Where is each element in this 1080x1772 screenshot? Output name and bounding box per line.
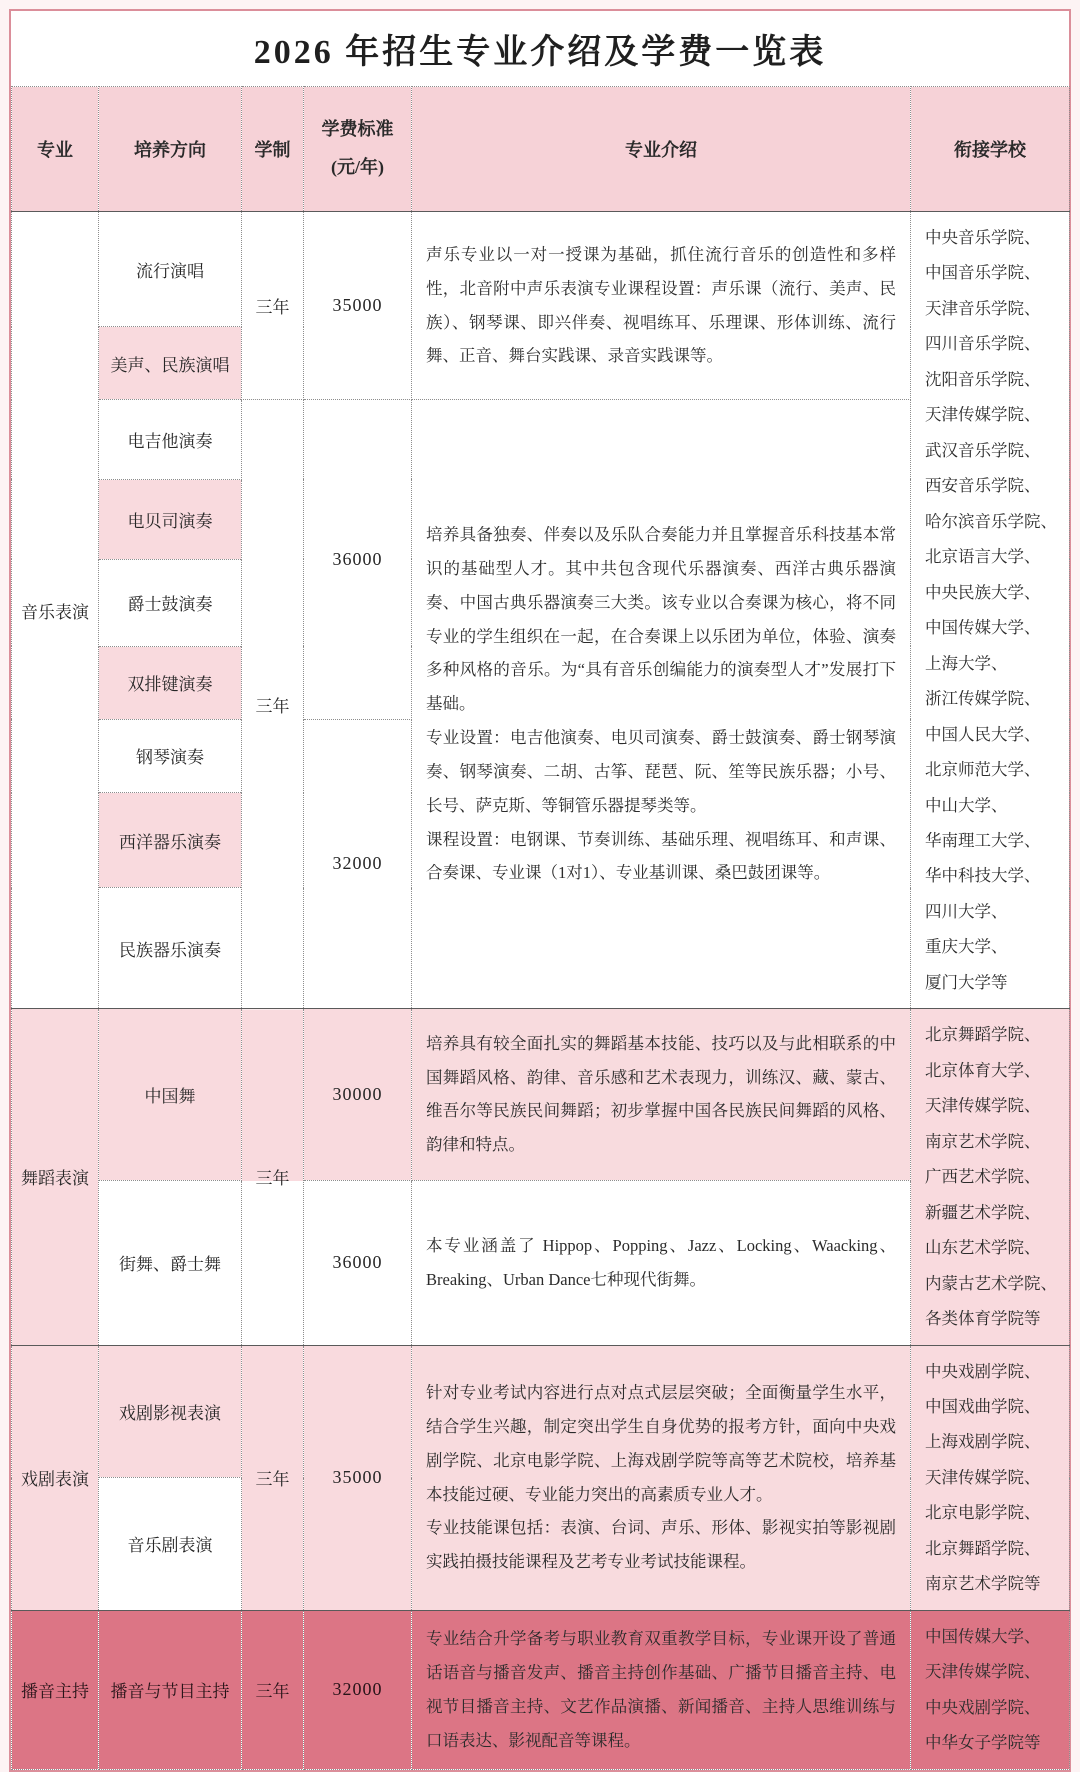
cell-direction: 中国舞 xyxy=(99,1009,242,1180)
cell-intro-drama: 针对专业考试内容进行点对点式层层突破；全面衡量学生水平，结合学生兴趣，制定突出学… xyxy=(412,1345,911,1610)
cell-direction: 电吉他演奏 xyxy=(99,400,242,480)
cell-direction: 美声、民族演唱 xyxy=(99,327,242,400)
cell-intro-music-instrument: 培养具备独奏、伴奏以及乐队合奏能力并且掌握音乐科技基本常识的基础型人才。其中共包… xyxy=(412,400,911,1009)
cell-direction: 双排键演奏 xyxy=(99,646,242,719)
cell-tuition: 32000 xyxy=(304,719,412,1009)
cell-direction: 西洋器乐演奏 xyxy=(99,793,242,888)
cell-duration: 三年 xyxy=(242,1610,304,1769)
header-tuition-line1: 学费标准 xyxy=(308,111,407,149)
table-row: 舞蹈表演 中国舞 三年 30000 培养具有较全面扎实的舞蹈基本技能、技巧以及与… xyxy=(12,1009,1070,1180)
tuition-table: 专业 培养方向 学制 学费标准 (元/年) 专业介绍 衔接学校 音乐表演 流行演… xyxy=(11,86,1070,1770)
cell-duration: 三年 xyxy=(242,1345,304,1610)
cell-direction: 流行演唱 xyxy=(99,212,242,327)
cell-schools-drama: 中央戏剧学院、 中国戏曲学院、 上海戏剧学院、 天津传媒学院、 北京电影学院、 … xyxy=(911,1345,1070,1610)
header-major: 专业 xyxy=(12,87,99,212)
cell-tuition: 30000 xyxy=(304,1009,412,1180)
cell-major-dance: 舞蹈表演 xyxy=(12,1009,99,1345)
cell-direction: 音乐剧表演 xyxy=(99,1478,242,1611)
cell-major-music: 音乐表演 xyxy=(12,212,99,1009)
cell-tuition: 35000 xyxy=(304,1345,412,1610)
cell-duration: 三年 xyxy=(242,212,304,400)
header-intro: 专业介绍 xyxy=(412,87,911,212)
table-row: 戏剧表演 戏剧影视表演 三年 35000 针对专业考试内容进行点对点式层层突破；… xyxy=(12,1345,1070,1478)
cell-direction: 戏剧影视表演 xyxy=(99,1345,242,1478)
cell-intro-broadcast: 专业结合升学备考与职业教育双重教学目标，专业课开设了普通话语音与播音发声、播音主… xyxy=(412,1610,911,1769)
header-tuition: 学费标准 (元/年) xyxy=(304,87,412,212)
cell-schools-broadcast: 中国传媒大学、 天津传媒学院、 中央戏剧学院、 中华女子学院等 xyxy=(911,1610,1070,1769)
cell-direction: 爵士鼓演奏 xyxy=(99,559,242,646)
cell-direction: 电贝司演奏 xyxy=(99,479,242,559)
header-tuition-line2: (元/年) xyxy=(308,149,407,187)
cell-duration: 三年 xyxy=(242,400,304,1009)
cell-direction: 播音与节目主持 xyxy=(99,1610,242,1769)
cell-duration: 三年 xyxy=(242,1009,304,1345)
page-title: 2026 年招生专业介绍及学费一览表 xyxy=(11,11,1069,86)
cell-tuition: 35000 xyxy=(304,212,412,400)
header-direction: 培养方向 xyxy=(99,87,242,212)
table-row: 音乐表演 流行演唱 三年 35000 声乐专业以一对一授课为基础，抓住流行音乐的… xyxy=(12,212,1070,327)
cell-intro-street-dance: 本专业涵盖了 Hippop、Popping、Jazz、Locking、Waack… xyxy=(412,1180,911,1345)
table-row: 播音主持 播音与节目主持 三年 32000 专业结合升学备考与职业教育双重教学目… xyxy=(12,1610,1070,1769)
cell-direction: 街舞、爵士舞 xyxy=(99,1180,242,1345)
cell-schools-dance: 北京舞蹈学院、 北京体育大学、 天津传媒学院、 南京艺术学院、 广西艺术学院、 … xyxy=(911,1009,1070,1345)
cell-major-drama: 戏剧表演 xyxy=(12,1345,99,1610)
cell-tuition: 36000 xyxy=(304,1180,412,1345)
cell-intro-music-vocal: 声乐专业以一对一授课为基础，抓住流行音乐的创造性和多样性，北音附中声乐表演专业课… xyxy=(412,212,911,400)
cell-direction: 钢琴演奏 xyxy=(99,719,242,793)
cell-tuition: 32000 xyxy=(304,1610,412,1769)
cell-tuition: 36000 xyxy=(304,400,412,720)
header-schools: 衔接学校 xyxy=(911,87,1070,212)
table-header-row: 专业 培养方向 学制 学费标准 (元/年) 专业介绍 衔接学校 xyxy=(12,87,1070,212)
cell-schools-music: 中央音乐学院、 中国音乐学院、 天津音乐学院、 四川音乐学院、 沈阳音乐学院、 … xyxy=(911,212,1070,1009)
tuition-table-frame: 2026 年招生专业介绍及学费一览表 专业 培养方向 学制 学费标准 (元/年)… xyxy=(9,9,1071,1772)
header-duration: 学制 xyxy=(242,87,304,212)
cell-major-broadcast: 播音主持 xyxy=(12,1610,99,1769)
cell-direction: 民族器乐演奏 xyxy=(99,888,242,1009)
cell-intro-chinese-dance: 培养具有较全面扎实的舞蹈基本技能、技巧以及与此相联系的中国舞蹈风格、韵律、音乐感… xyxy=(412,1009,911,1180)
